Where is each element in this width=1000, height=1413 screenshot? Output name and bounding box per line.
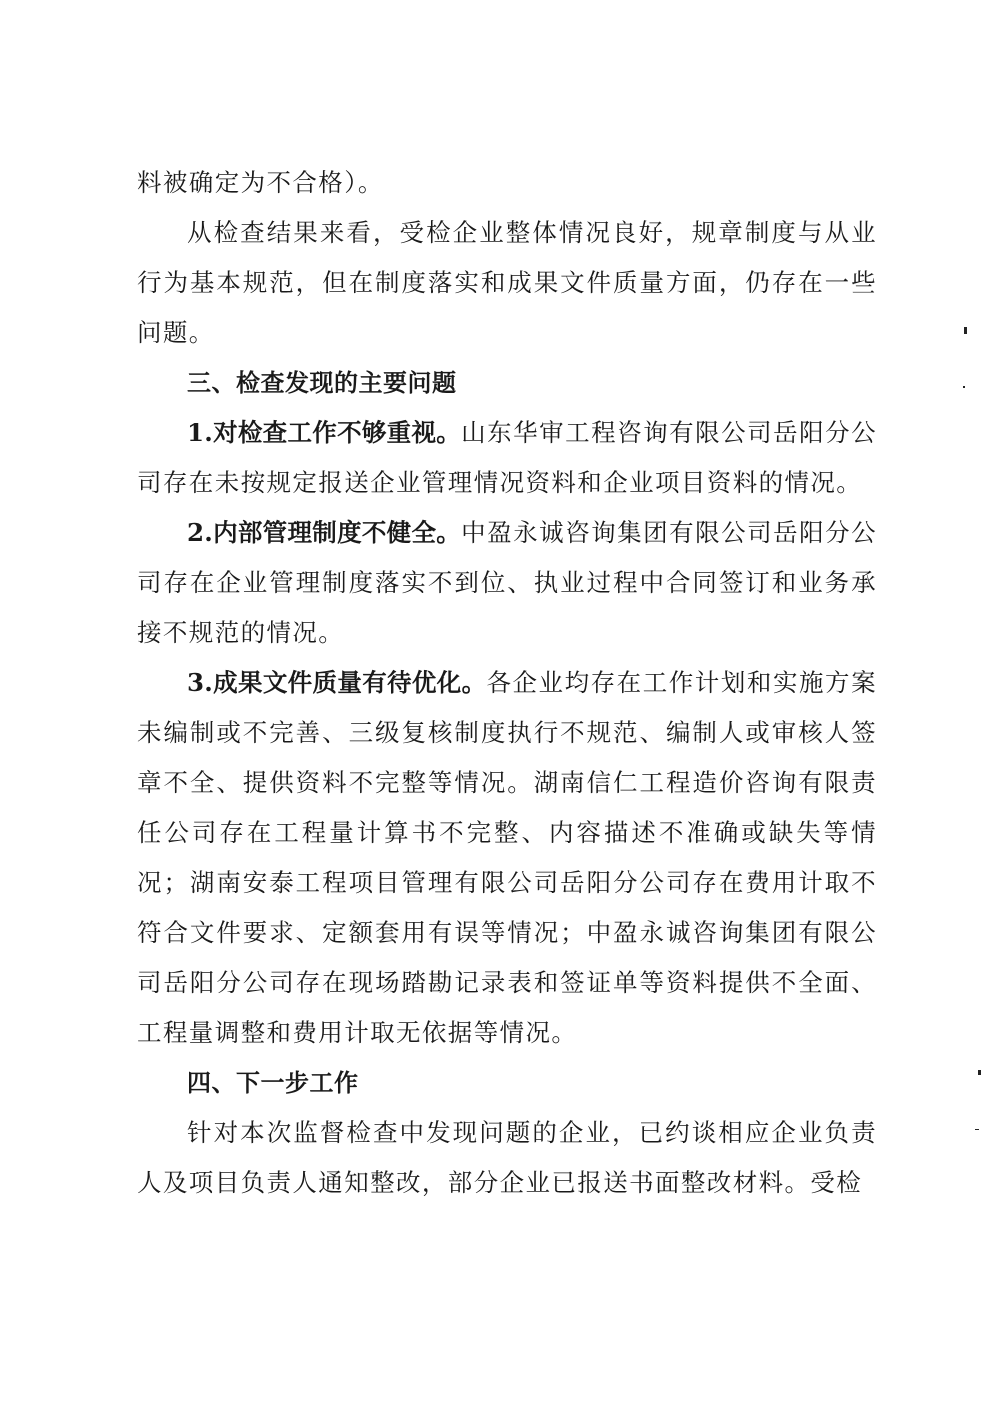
scan-mark — [964, 327, 967, 334]
document-page: 料被确定为不合格）。 从检查结果来看，受检企业整体情况良好，规章制度与从业行为基… — [137, 158, 877, 1208]
scan-mark — [975, 1129, 979, 1130]
problem-item-2: 2.内部管理制度不健全。中盈永诚咨询集团有限公司岳阳分公司存在企业管理制度落实不… — [137, 508, 877, 658]
section-heading-main-problems: 三、检查发现的主要问题 — [137, 358, 877, 408]
problem-item-1: 1.对检查工作不够重视。山东华审工程咨询有限公司岳阳分公司存在未按规定报送企业管… — [137, 408, 877, 508]
problem-item-3-title: 3.成果文件质量有待优化。 — [187, 668, 486, 697]
paragraph-inspection-summary: 从检查结果来看，受检企业整体情况良好，规章制度与从业行为基本规范，但在制度落实和… — [137, 208, 877, 358]
problem-item-3: 3.成果文件质量有待优化。各企业均存在工作计划和实施方案未编制或不完善、三级复核… — [137, 658, 877, 1058]
problem-item-2-title: 2.内部管理制度不健全。 — [187, 518, 461, 547]
section-heading-next-steps: 四、下一步工作 — [137, 1058, 877, 1108]
paragraph-next-steps: 针对本次监督检查中发现问题的企业，已约谈相应企业负责人及项目负责人通知整改，部分… — [137, 1108, 877, 1208]
paragraph-continuation: 料被确定为不合格）。 — [137, 158, 877, 208]
problem-item-1-title: 1.对检查工作不够重视。 — [187, 418, 461, 447]
scan-mark — [963, 386, 965, 388]
scan-mark — [978, 1070, 981, 1075]
problem-item-3-text: 各企业均存在工作计划和实施方案未编制或不完善、三级复核制度执行不规范、编制人或审… — [137, 668, 877, 1047]
